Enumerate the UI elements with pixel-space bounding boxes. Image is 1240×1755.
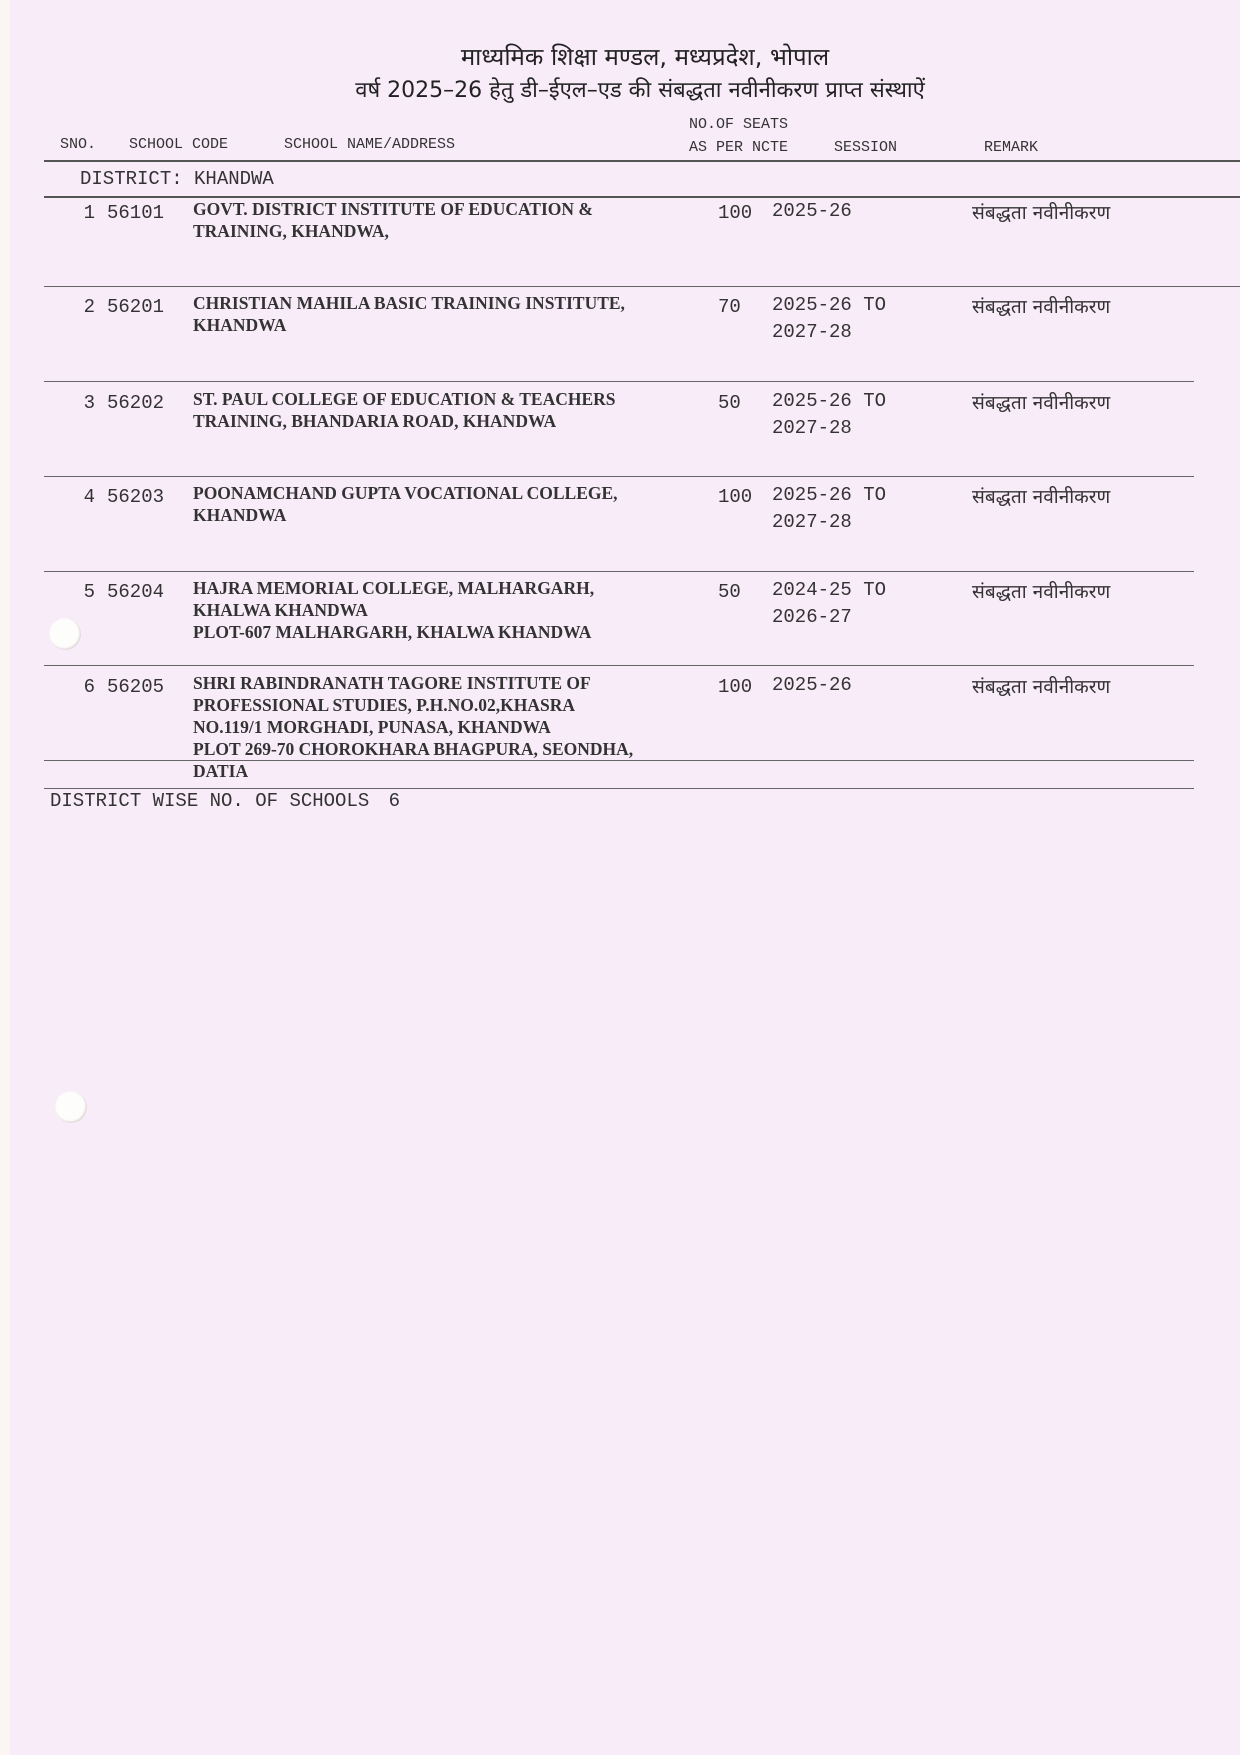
school-name-line: SHRI RABINDRANATH TAGORE INSTITUTE OF bbox=[193, 672, 713, 694]
row-remark: संबद्धता नवीनीकरण bbox=[972, 578, 1110, 604]
row-remark: संबद्धता नवीनीकरण bbox=[972, 199, 1110, 225]
school-name-line: GOVT. DISTRICT INSTITUTE OF EDUCATION & bbox=[193, 198, 713, 220]
row-divider bbox=[44, 571, 1194, 572]
school-name-line: KHALWA KHANDWA bbox=[193, 599, 713, 621]
school-name-line: KHANDWA bbox=[193, 314, 713, 336]
row-school-code: 56201 bbox=[107, 296, 164, 318]
col-header-seats-line2: AS PER NCTE bbox=[689, 139, 788, 156]
row-school-name: SHRI RABINDRANATH TAGORE INSTITUTE OFPRO… bbox=[193, 672, 713, 782]
school-name-line: TRAINING, KHANDWA, bbox=[193, 220, 713, 242]
col-header-session: SESSION bbox=[834, 139, 897, 156]
col-header-seats-line1: NO.OF SEATS bbox=[689, 116, 788, 133]
col-header-school-code: SCHOOL CODE bbox=[129, 136, 228, 153]
row-school-code: 56204 bbox=[107, 581, 164, 603]
summary-count: 6 bbox=[389, 790, 400, 812]
row-school-name: POONAMCHAND GUPTA VOCATIONAL COLLEGE,KHA… bbox=[193, 482, 713, 526]
row-seats: 100 bbox=[718, 486, 752, 508]
row-sno: 5 bbox=[80, 581, 95, 603]
row-school-name: CHRISTIAN MAHILA BASIC TRAINING INSTITUT… bbox=[193, 292, 713, 336]
district-summary: DISTRICT WISE NO. OF SCHOOLS 6 bbox=[50, 790, 400, 812]
row-school-code: 56101 bbox=[107, 202, 164, 224]
row-session: 2025-26 bbox=[772, 672, 852, 699]
row-sno: 3 bbox=[80, 392, 95, 414]
school-name-line: HAJRA MEMORIAL COLLEGE, MALHARGARH, bbox=[193, 577, 713, 599]
row-divider bbox=[44, 476, 1194, 477]
row-sno: 2 bbox=[80, 296, 95, 318]
row-divider bbox=[44, 381, 1194, 382]
row-school-code: 56202 bbox=[107, 392, 164, 414]
row-school-name: HAJRA MEMORIAL COLLEGE, MALHARGARH,KHALW… bbox=[193, 577, 713, 643]
col-header-remark: REMARK bbox=[984, 139, 1038, 156]
document-subtitle: वर्ष 2025–26 हेतु डी–ईएल–एड की संबद्धता … bbox=[0, 74, 1240, 104]
header-divider bbox=[44, 160, 1240, 162]
row-sno: 1 bbox=[80, 202, 95, 224]
row-seats: 50 bbox=[718, 392, 741, 414]
row-seats: 50 bbox=[718, 581, 741, 603]
row-remark: संबद्धता नवीनीकरण bbox=[972, 389, 1110, 415]
school-name-line: PLOT-607 MALHARGARH, KHALWA KHANDWA bbox=[193, 621, 713, 643]
row-divider bbox=[44, 760, 1194, 761]
row-sno: 4 bbox=[80, 486, 95, 508]
summary-label: DISTRICT WISE NO. OF SCHOOLS bbox=[50, 790, 369, 812]
row-session: 2025-26 TO 2027-28 bbox=[772, 388, 886, 442]
row-divider bbox=[44, 665, 1194, 666]
row-school-code: 56203 bbox=[107, 486, 164, 508]
school-name-line: PROFESSIONAL STUDIES, P.H.NO.02,KHASRA bbox=[193, 694, 713, 716]
row-session: 2025-26 TO 2027-28 bbox=[772, 292, 886, 346]
row-remark: संबद्धता नवीनीकरण bbox=[972, 293, 1110, 319]
row-school-name: ST. PAUL COLLEGE OF EDUCATION & TEACHERS… bbox=[193, 388, 713, 432]
punch-hole-top bbox=[49, 618, 81, 650]
row-session: 2024-25 TO 2026-27 bbox=[772, 577, 886, 631]
school-name-line: KHANDWA bbox=[193, 504, 713, 526]
board-title: माध्यमिक शिक्षा मण्डल, मध्यप्रदेश, भोपाल bbox=[0, 40, 1240, 73]
row-remark: संबद्धता नवीनीकरण bbox=[972, 673, 1110, 699]
school-name-line: POONAMCHAND GUPTA VOCATIONAL COLLEGE, bbox=[193, 482, 713, 504]
district-label: DISTRICT: KHANDWA bbox=[80, 168, 274, 190]
row-session: 2025-26 bbox=[772, 198, 852, 225]
school-name-line: DATIA bbox=[193, 760, 713, 782]
school-name-line: NO.119/1 MORGHADI, PUNASA, KHANDWA bbox=[193, 716, 713, 738]
school-name-line: CHRISTIAN MAHILA BASIC TRAINING INSTITUT… bbox=[193, 292, 713, 314]
row-seats: 70 bbox=[718, 296, 741, 318]
row-remark: संबद्धता नवीनीकरण bbox=[972, 483, 1110, 509]
row-school-code: 56205 bbox=[107, 676, 164, 698]
row-session: 2025-26 TO 2027-28 bbox=[772, 482, 886, 536]
punch-hole-bottom bbox=[55, 1091, 87, 1123]
school-name-line: PLOT 269-70 CHOROKHARA BHAGPURA, SEONDHA… bbox=[193, 738, 713, 760]
row-divider bbox=[44, 286, 1240, 287]
row-seats: 100 bbox=[718, 202, 752, 224]
school-name-line: ST. PAUL COLLEGE OF EDUCATION & TEACHERS bbox=[193, 388, 713, 410]
col-header-school-name: SCHOOL NAME/ADDRESS bbox=[284, 136, 455, 153]
row-school-name: GOVT. DISTRICT INSTITUTE OF EDUCATION &T… bbox=[193, 198, 713, 242]
row-seats: 100 bbox=[718, 676, 752, 698]
row-divider bbox=[44, 788, 1194, 789]
col-header-sno: SNO. bbox=[60, 136, 96, 153]
scan-edge bbox=[0, 0, 10, 1755]
school-name-line: TRAINING, BHANDARIA ROAD, KHANDWA bbox=[193, 410, 713, 432]
row-sno: 6 bbox=[80, 676, 95, 698]
